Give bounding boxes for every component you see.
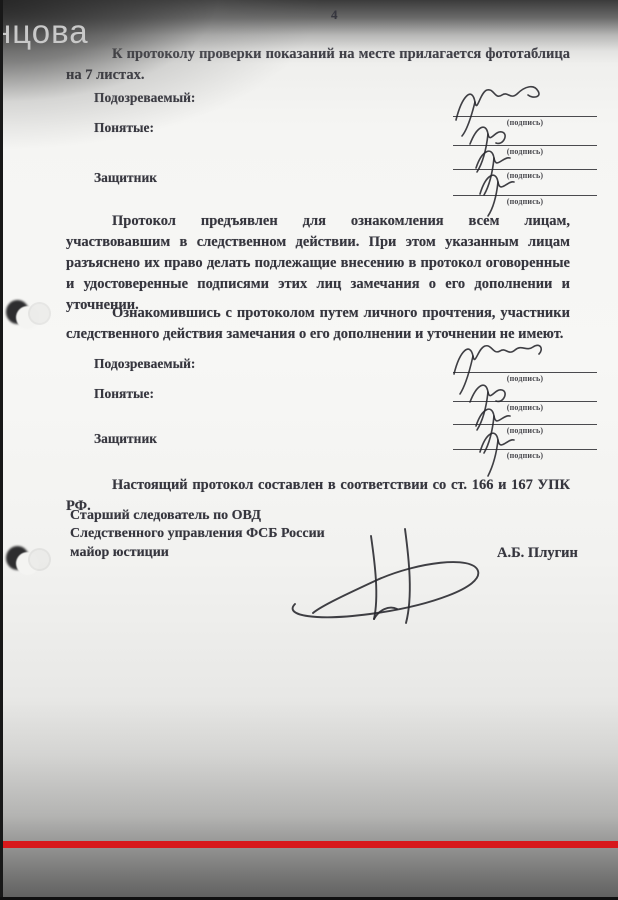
handwritten-signatures-block2 <box>440 340 618 478</box>
investigator-signature <box>265 524 505 629</box>
punch-hole <box>6 546 54 576</box>
witnesses-label: Понятые: <box>94 120 154 136</box>
channel-watermark: нцова <box>0 13 89 51</box>
defender-label: Защитник <box>94 170 157 186</box>
suspect-label: Подозреваемый: <box>94 90 195 106</box>
video-progress-bar[interactable] <box>0 841 618 848</box>
page-number: 4 <box>331 7 338 23</box>
defender-label: Защитник <box>94 431 157 447</box>
paragraph-reviewed: Ознакомившись с протоколом путем личного… <box>66 303 570 345</box>
suspect-label: Подозреваемый: <box>94 356 195 372</box>
video-frame: 4 К протоколу проверки показаний на мест… <box>0 0 618 900</box>
player-bottom-gradient <box>0 700 618 900</box>
punch-hole-ring <box>30 550 49 569</box>
punch-hole <box>6 300 54 330</box>
frame-left-edge <box>0 0 3 900</box>
handwritten-signatures-block1 <box>440 84 618 218</box>
witnesses-label: Понятые: <box>94 386 154 402</box>
punch-hole-ring <box>30 304 49 323</box>
paragraph-presented: Протокол предъявлен для ознакомления все… <box>66 211 570 316</box>
investigator-name: А.Б. Плугин <box>497 545 578 562</box>
investigator-title-line1: Старший следователь по ОВД <box>70 507 380 525</box>
paragraph-attachment: К протоколу проверки показаний на месте … <box>66 44 570 86</box>
